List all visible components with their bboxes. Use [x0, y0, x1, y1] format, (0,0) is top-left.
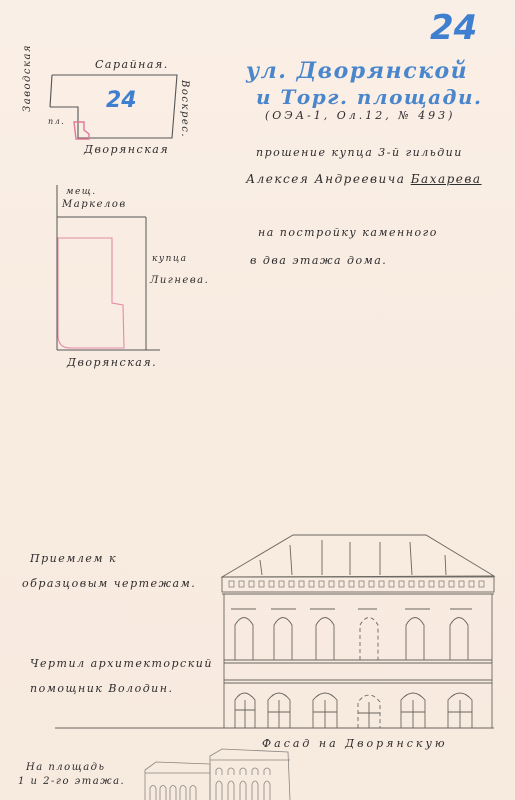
facade-elevation: [0, 0, 515, 800]
perspective-sketch: [145, 749, 290, 800]
facade-caption: Фасад на Дворянскую: [262, 737, 448, 750]
document-page: 24 ул. Дворянской и Торг. площади. (ОЭА-…: [0, 0, 515, 800]
